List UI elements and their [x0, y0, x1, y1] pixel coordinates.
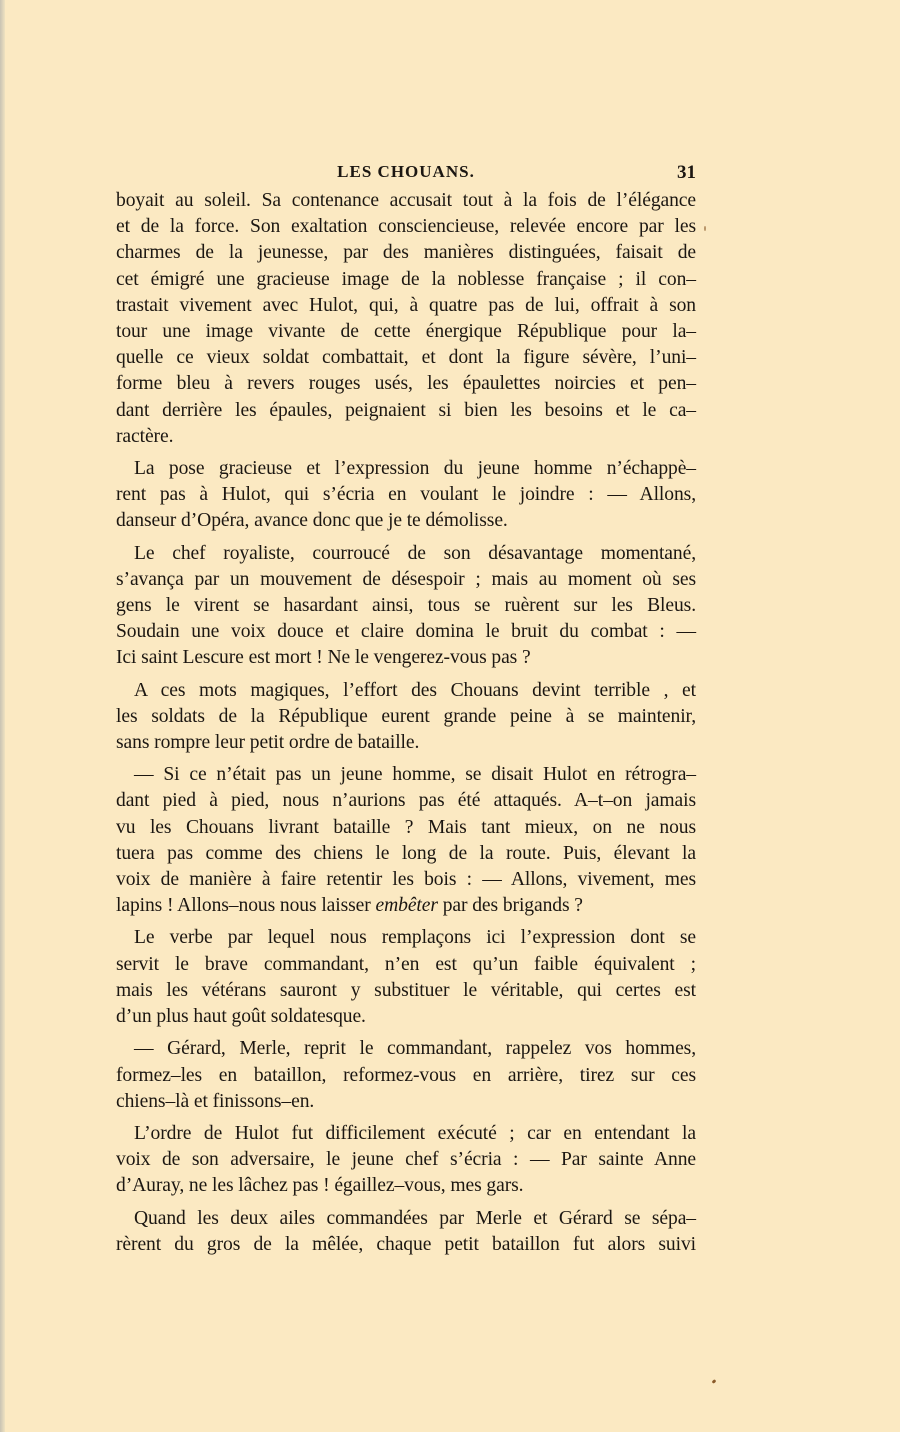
paragraph: — Si ce n’était pas un jeune homme, se d…	[116, 762, 696, 919]
text-line: chiens–là et finissons–en.	[116, 1089, 696, 1115]
text-line: sans rompre leur petit ordre de bataille…	[116, 730, 696, 756]
text-line: cet émigré une gracieuse image de la nob…	[116, 267, 696, 293]
text-line: Soudain une voix douce et claire domina …	[116, 619, 696, 645]
text-line: ractère.	[116, 424, 696, 450]
text-line: tuera pas comme des chiens le long de la…	[116, 841, 696, 867]
text-line: boyait au soleil. Sa contenance accusait…	[116, 188, 696, 214]
text-line: d’Auray, ne les lâchez pas ! égaillez–vo…	[116, 1173, 696, 1199]
running-head: LES CHOUANS. 31	[116, 160, 696, 188]
text-line: quelle ce vieux soldat combattait, et do…	[116, 345, 696, 371]
text-line: dant pied à pied, nous n’aurions pas été…	[116, 788, 696, 814]
text-line: rent pas à Hulot, qui s’écria en voulant…	[116, 482, 696, 508]
text-line: Quand les deux ailes commandées par Merl…	[116, 1206, 696, 1232]
text-line: — Gérard, Merle, reprit le commandant, r…	[116, 1036, 696, 1062]
text-line: lapins ! Allons–nous nous laisser embête…	[116, 893, 696, 919]
paragraph: A ces mots magiques, l’effort des Chouan…	[116, 678, 696, 757]
text-line: La pose gracieuse et l’expression du jeu…	[116, 456, 696, 482]
paragraph: La pose gracieuse et l’expression du jeu…	[116, 456, 696, 535]
text-line: d’un plus haut goût soldatesque.	[116, 1004, 696, 1030]
text-line: voix de manière à faire retentir les boi…	[116, 867, 696, 893]
text-line: et de la force. Son exaltation conscienc…	[116, 214, 696, 240]
paragraph: Quand les deux ailes commandées par Merl…	[116, 1206, 696, 1258]
book-page: LES CHOUANS. 31 boyait au soleil. Sa con…	[116, 160, 696, 1258]
text-line: — Si ce n’était pas un jeune homme, se d…	[116, 762, 696, 788]
page-edge-shadow	[0, 0, 5, 1432]
text-line: vu les Chouans livrant bataille ? Mais t…	[116, 815, 696, 841]
running-title: LES CHOUANS.	[116, 162, 696, 182]
text-line: servit le brave commandant, n’en est qu’…	[116, 952, 696, 978]
text-line: L’ordre de Hulot fut difficilement exécu…	[116, 1121, 696, 1147]
page-number: 31	[677, 162, 696, 184]
text-line: dant derrière les épaules, peignaient si…	[116, 398, 696, 424]
text-line: mais les vétérans sauront y substituer l…	[116, 978, 696, 1004]
text-line: formez–les en bataillon, reformez-vous e…	[116, 1063, 696, 1089]
text-line: Le chef royaliste, courroucé de son désa…	[116, 541, 696, 567]
text-line: trastait vivement avec Hulot, qui, à qua…	[116, 293, 696, 319]
text-line: tour une image vivante de cette énergiqu…	[116, 319, 696, 345]
text-fragment: lapins ! Allons–nous nous laisser	[116, 895, 375, 916]
text-line: les soldats de la République eurent gran…	[116, 704, 696, 730]
text-line: Ici saint Lescure est mort ! Ne le venge…	[116, 645, 696, 671]
text-line: Le verbe par lequel nous remplaçons ici …	[116, 925, 696, 951]
text-line: rèrent du gros de la mêlée, chaque petit…	[116, 1232, 696, 1258]
text-line: forme bleu à revers rouges usés, les épa…	[116, 371, 696, 397]
paragraph: Le chef royaliste, courroucé de son désa…	[116, 541, 696, 672]
italic-word: embêter	[375, 895, 437, 916]
text-line: danseur d’Opéra, avance donc que je te d…	[116, 508, 696, 534]
paragraph: — Gérard, Merle, reprit le commandant, r…	[116, 1036, 696, 1115]
text-line: charmes de la jeunesse, par des manières…	[116, 240, 696, 266]
paragraph: L’ordre de Hulot fut difficilement exécu…	[116, 1121, 696, 1200]
text-line: s’avança par un mouvement de désespoir ;…	[116, 567, 696, 593]
text-fragment: par des brigands ?	[438, 895, 583, 916]
paper-speck	[712, 1379, 717, 1384]
paragraph: Le verbe par lequel nous remplaçons ici …	[116, 925, 696, 1030]
body-text: boyait au soleil. Sa contenance accusait…	[116, 188, 696, 1258]
text-line: voix de son adversaire, le jeune chef s’…	[116, 1147, 696, 1173]
paragraph: boyait au soleil. Sa contenance accusait…	[116, 188, 696, 450]
paper-speck	[704, 226, 706, 231]
text-line: A ces mots magiques, l’effort des Chouan…	[116, 678, 696, 704]
text-line: gens le virent se hasardant ainsi, tous …	[116, 593, 696, 619]
